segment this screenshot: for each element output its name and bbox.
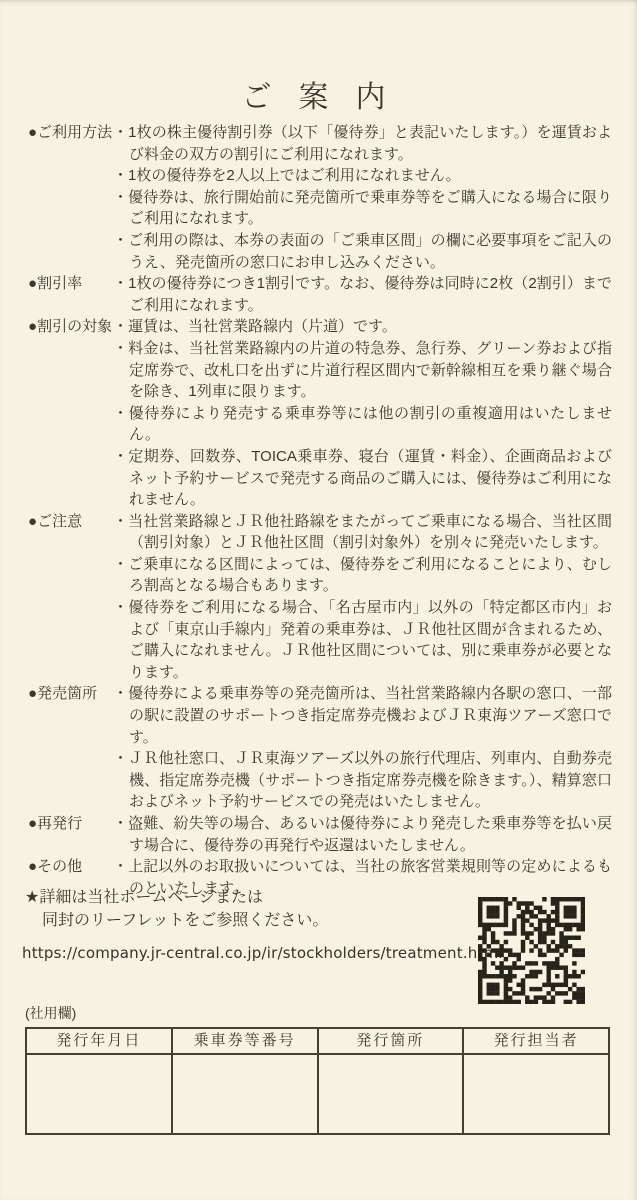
note-item: ・優待券は、旅行開始前に発売箇所で乗車券等をご購入になる場合に限りご利用になれま…: [113, 187, 612, 230]
note-item: ・定期券、回数券、TOICA乗車券、寝台（運賃・料金）、企画商品およびネット予約…: [113, 446, 612, 511]
page-title: ご案内: [0, 72, 627, 116]
bullet-dot-icon: ●: [28, 124, 37, 141]
section-usage: ●ご利用方法 ・1枚の株主優待割引券（以下「優待券」と表記いたします。）を運賃お…: [28, 122, 612, 273]
col-issue-date: 発行年月日: [27, 1029, 173, 1053]
section-discount-scope: ●割引の対象 ・運賃は、当社営業路線内（片道）です。 ・料金は、当社営業路線内の…: [28, 316, 612, 510]
note-item: ・1枚の株主優待割引券（以下「優待券」と表記いたします。）を運賃および料金の双方…: [113, 122, 612, 165]
item-marker-icon: ・: [113, 448, 128, 465]
note-item: ・料金は、当社営業路線内の片道の特急券、急行券、グリーン券および指定席券で、改札…: [113, 338, 612, 403]
section-label: ●割引の対象: [28, 316, 113, 510]
item-marker-icon: ・: [113, 232, 128, 249]
note-item: ・ご乗車になる区間によっては、優待券をご利用になることにより、むしろ割高となる場…: [113, 554, 612, 597]
bullet-dot-icon: ●: [28, 275, 37, 292]
note-item: ・優待券をご利用になる場合、「名古屋市内」以外の「特定都区市内」および「東京山手…: [113, 597, 612, 683]
cell-ticket-number: [173, 1055, 319, 1133]
guide-body: ●ご利用方法 ・1枚の株主優待割引券（以下「優待券」と表記いたします。）を運賃お…: [28, 122, 612, 899]
bullet-dot-icon: ●: [28, 815, 37, 832]
col-ticket-number: 乗車券等番号: [173, 1029, 319, 1053]
item-marker-icon: ・: [113, 167, 128, 184]
section-label: ●発売箇所: [28, 683, 113, 813]
note-item: ・優待券による乗車券等の発売箇所は、当社営業路線内各駅の窓口、一部の駅に設置のサ…: [113, 683, 612, 748]
section-items: ・盗難、紛失等の場合、あるいは優待券により発売した乗車券等を払い戻す場合に、優待…: [113, 813, 612, 856]
section-items: ・1枚の優待券につき1割引です。なお、優待券は同時に2枚（2割引）までご利用にな…: [113, 273, 612, 316]
note-item: ・当社営業路線とＪＲ他社路線をまたがってご乗車になる場合、当社区間（割引対象）と…: [113, 511, 612, 554]
col-issue-staff: 発行担当者: [464, 1029, 608, 1053]
company-use-label: (社用欄): [25, 1003, 76, 1023]
note-item: ・1枚の優待券を2人以上ではご利用になれません。: [113, 165, 612, 187]
note-item: ・盗難、紛失等の場合、あるいは優待券により発売した乗車券等を払い戻す場合に、優待…: [113, 813, 612, 856]
section-items: ・運賃は、当社営業路線内（片道）です。 ・料金は、当社営業路線内の片道の特急券、…: [113, 316, 612, 510]
bullet-dot-icon: ●: [28, 685, 37, 702]
stockholders-url: https://company.jr-central.co.jp/ir/stoc…: [22, 944, 503, 962]
ticket-back-guide: { "colors": { "background": "#f7f2e1", "…: [0, 0, 637, 1200]
item-marker-icon: ・: [113, 189, 128, 206]
section-reissue: ●再発行 ・盗難、紛失等の場合、あるいは優待券により発売した乗車券等を払い戻す場…: [28, 813, 612, 856]
section-discount-rate: ●割引率 ・1枚の優待券につき1割引です。なお、優待券は同時に2枚（2割引）まで…: [28, 273, 612, 316]
cell-issue-date: [27, 1055, 173, 1133]
bullet-dot-icon: ●: [28, 858, 37, 875]
section-items: ・優待券による乗車券等の発売箇所は、当社営業路線内各駅の窓口、一部の駅に設置のサ…: [113, 683, 612, 813]
note-item: ・優待券により発売する乗車券等には他の割引の重複適用はいたしません。: [113, 403, 612, 446]
note-item: ・ＪＲ他社窓口、ＪＲ東海ツアーズ以外の旅行代理店、列車内、自動券売機、指定席券売…: [113, 748, 612, 813]
footnote-line1: ★詳細は当社ホームページまたは: [25, 886, 328, 909]
bullet-dot-icon: ●: [28, 318, 37, 335]
item-marker-icon: ・: [113, 556, 128, 573]
item-marker-icon: ・: [113, 685, 128, 702]
item-marker-icon: ・: [113, 815, 128, 832]
section-sales-locations: ●発売箇所 ・優待券による乗車券等の発売箇所は、当社営業路線内各駅の窓口、一部の…: [28, 683, 612, 813]
footnote-line2: 同封のリーフレットをご参照ください。: [25, 909, 328, 932]
col-issue-place: 発行箇所: [319, 1029, 465, 1053]
section-notes: ●ご注意 ・当社営業路線とＪＲ他社路線をまたがってご乗車になる場合、当社区間（割…: [28, 511, 612, 684]
section-label: ●ご利用方法: [28, 122, 113, 273]
section-items: ・1枚の株主優待割引券（以下「優待券」と表記いたします。）を運賃および料金の双方…: [113, 122, 612, 273]
table-header-row: 発行年月日 乗車券等番号 発行箇所 発行担当者: [27, 1029, 608, 1055]
note-item: ・運賃は、当社営業路線内（片道）です。: [113, 316, 612, 338]
cell-issue-staff: [464, 1055, 608, 1133]
note-item: ・1枚の優待券につき1割引です。なお、優待券は同時に2枚（2割引）までご利用にな…: [113, 273, 612, 316]
item-marker-icon: ・: [113, 750, 128, 767]
company-use-table: 発行年月日 乗車券等番号 発行箇所 発行担当者: [25, 1027, 610, 1135]
item-marker-icon: ・: [113, 340, 128, 357]
section-label: ●割引率: [28, 273, 113, 316]
item-marker-icon: ・: [113, 599, 128, 616]
section-label: ●ご注意: [28, 511, 113, 684]
cell-issue-place: [319, 1055, 465, 1133]
item-marker-icon: ・: [113, 275, 128, 292]
bullet-dot-icon: ●: [28, 513, 37, 530]
item-marker-icon: ・: [113, 405, 129, 422]
item-marker-icon: ・: [113, 858, 128, 875]
note-item: ・ご利用の際は、本券の表面の「ご乗車区間」の欄に必要事項をご記入のうえ、発売箇所…: [113, 230, 612, 273]
section-items: ・当社営業路線とＪＲ他社路線をまたがってご乗車になる場合、当社区間（割引対象）と…: [113, 511, 612, 684]
section-label: ●再発行: [28, 813, 113, 856]
item-marker-icon: ・: [113, 513, 128, 530]
qr-code: [478, 897, 585, 1004]
item-marker-icon: ・: [113, 318, 128, 335]
item-marker-icon: ・: [113, 124, 128, 141]
details-footnote: ★詳細は当社ホームページまたは 同封のリーフレットをご参照ください。: [25, 886, 328, 932]
table-row: [27, 1055, 608, 1133]
